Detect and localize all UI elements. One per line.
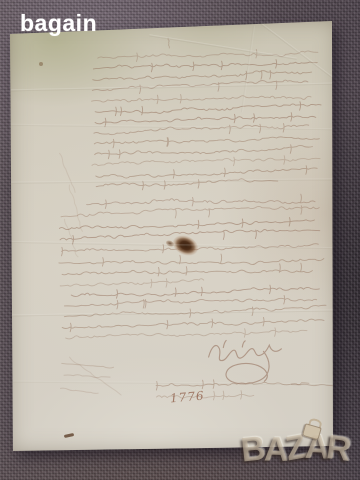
paper-speck [39,62,43,66]
watermark-letter: A [263,433,286,467]
watermark-letter: B [239,431,265,467]
manuscript-paper: 1776 [8,18,338,454]
seller-logo: bagain [20,10,97,37]
photo-background: 1776 bagain BAZAR [0,0,360,480]
marketplace-watermark: BAZAR [240,429,350,467]
watermark-letter: R [325,430,352,467]
watermark-text: BAZAR [240,427,350,469]
manuscript-date: 1776 [169,389,205,406]
paper-shadow: 1776 [8,18,338,454]
